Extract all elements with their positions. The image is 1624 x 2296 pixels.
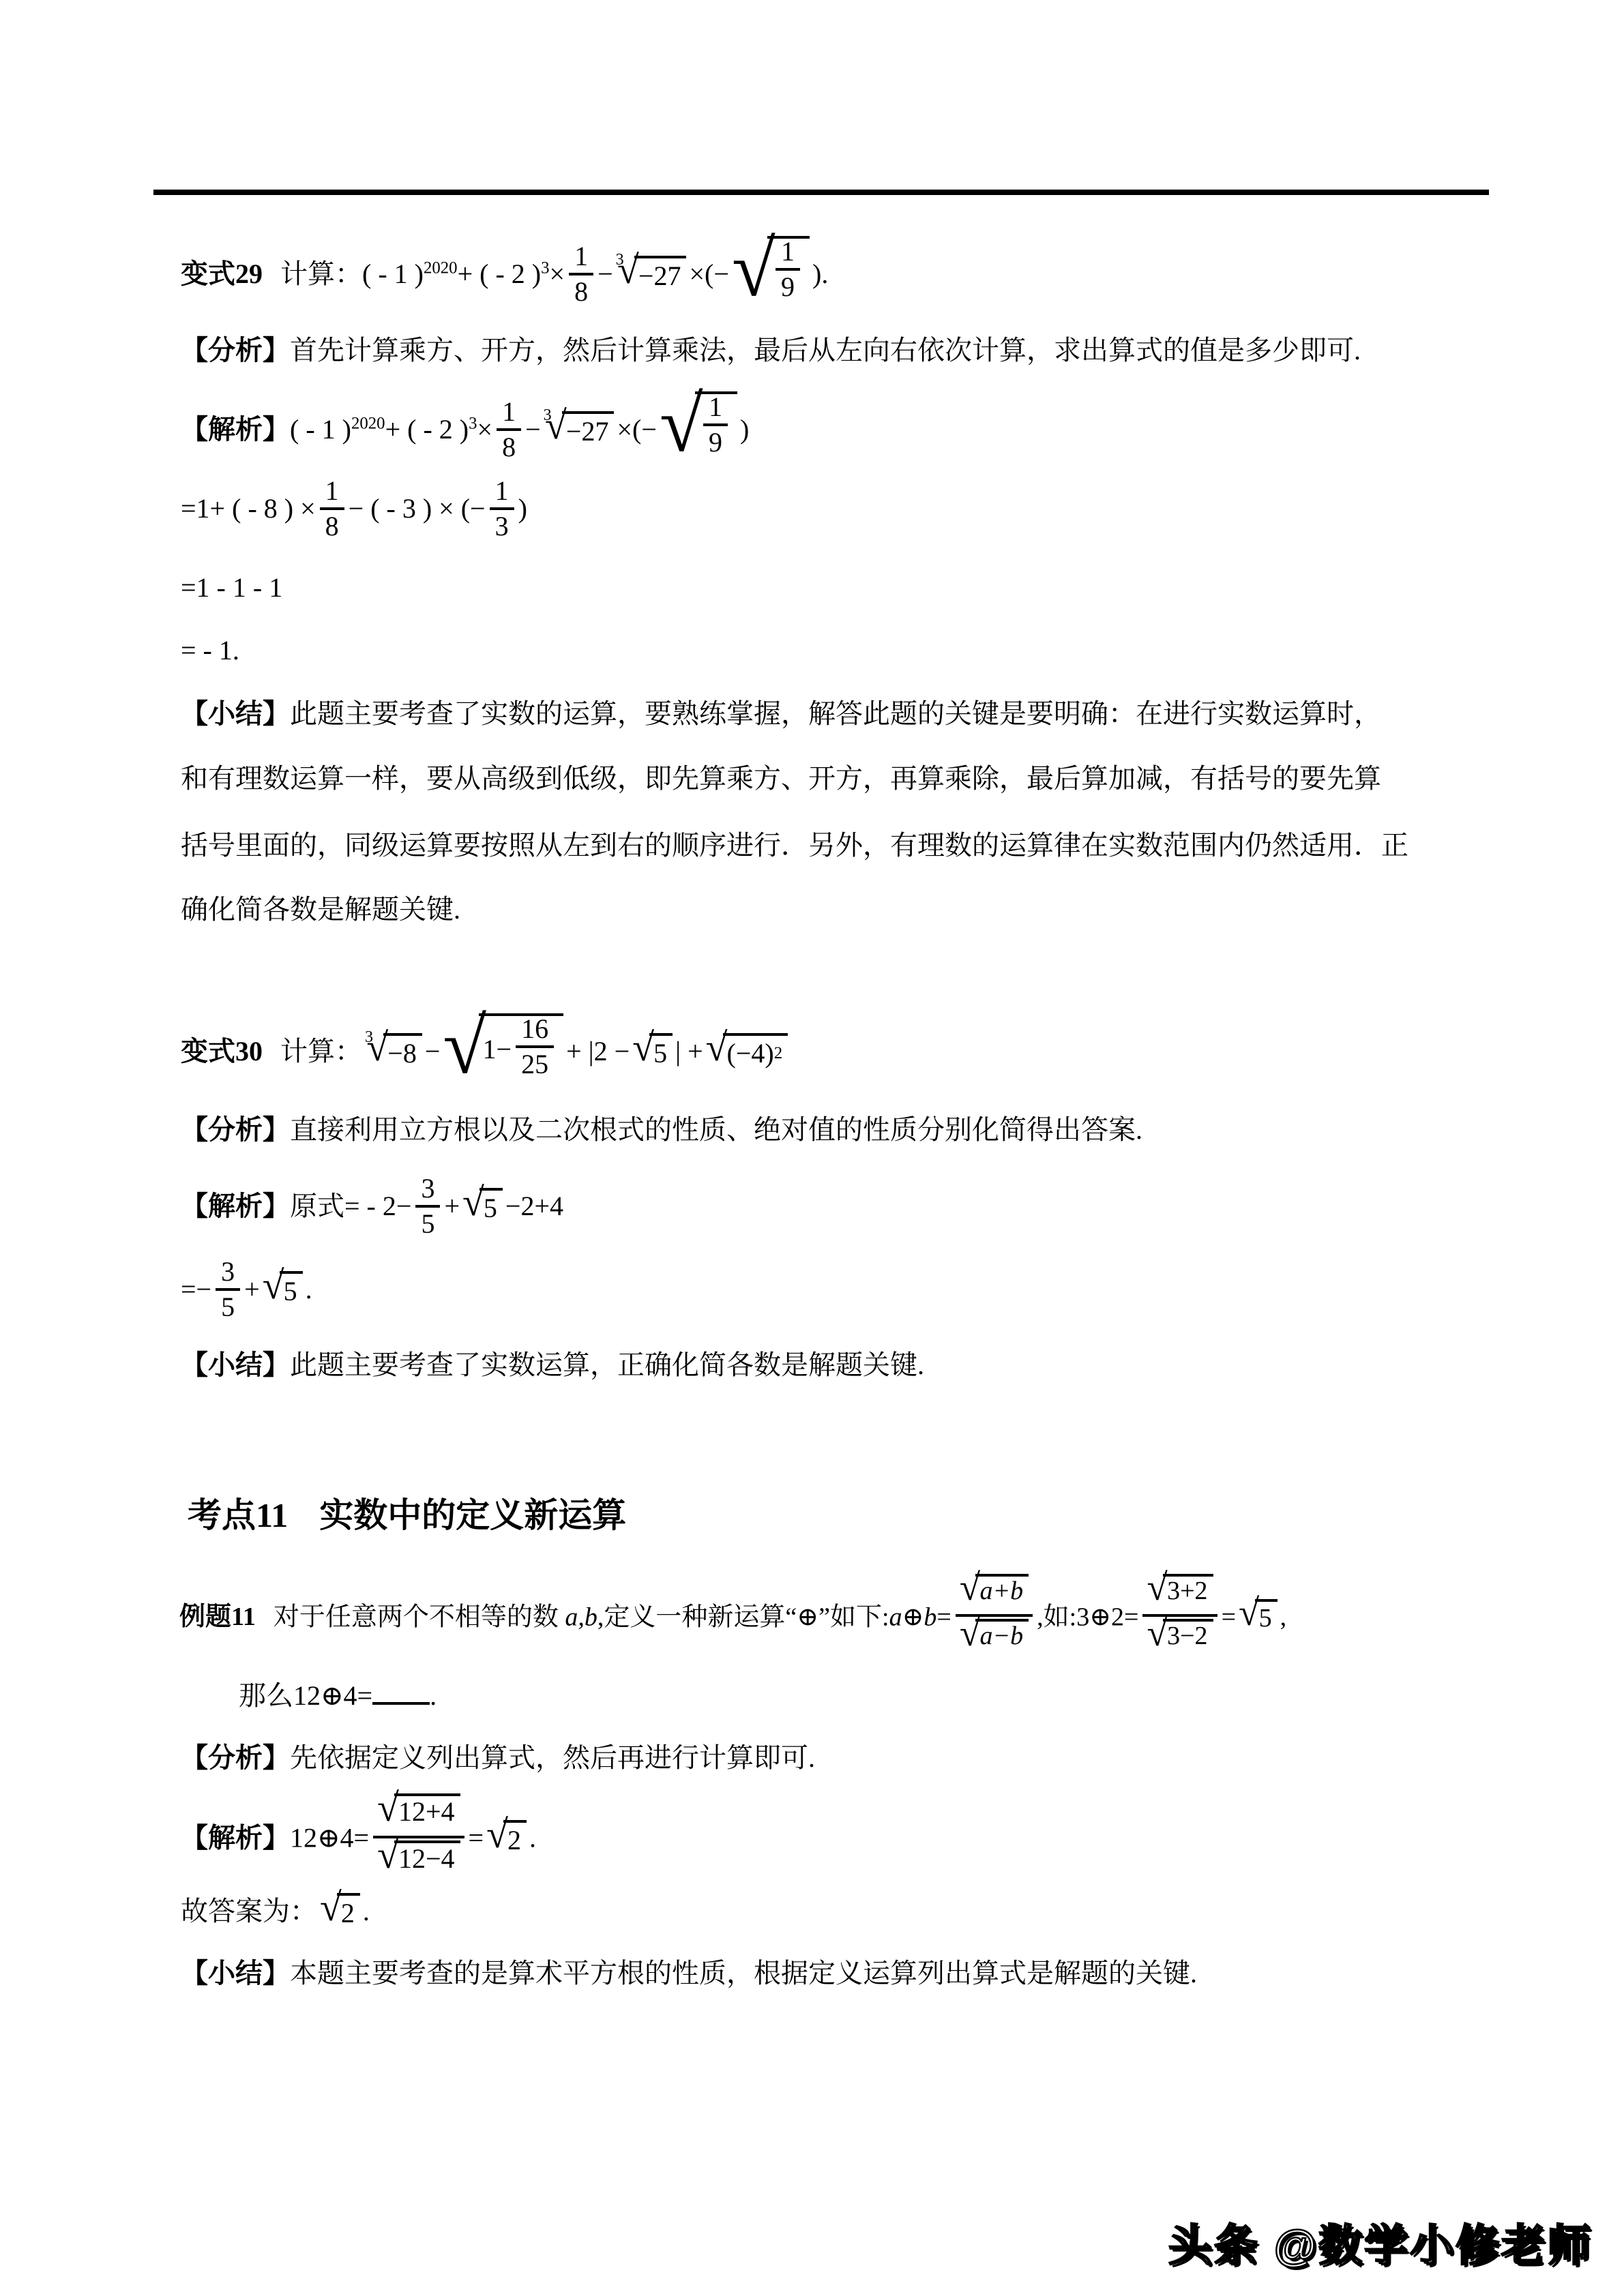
topic11-title: 实数中的定义新运算 (319, 1496, 626, 1534)
term: − ( - 3 ) × (− (349, 493, 486, 524)
exponent: 3 (541, 258, 549, 277)
denominator: 9 (709, 426, 722, 457)
square-root: √5 (632, 1033, 673, 1073)
period: . (306, 1274, 312, 1304)
fraction: 1625 (516, 1015, 554, 1079)
denominator: 9 (781, 271, 795, 301)
summary-tag: 【小结】 (181, 1350, 290, 1380)
radicand: a−b (975, 1619, 1029, 1650)
radical-icon: √ (706, 1028, 728, 1067)
square-root: √19 (660, 391, 737, 471)
variant29-label: 变式29 (181, 258, 263, 289)
fraction: 35 (216, 1257, 240, 1322)
radical-icon: √ (320, 1888, 342, 1927)
example11-label: 例题11 (179, 1602, 256, 1631)
numerator: 1 (703, 393, 728, 426)
radicand: a+b (975, 1574, 1029, 1605)
variant29-summary-line4: 确化简各数是解题关键. (153, 861, 460, 959)
numerator: √a+b (956, 1574, 1033, 1617)
solution-tag: 【解析】 (181, 414, 290, 445)
radicand: 12+4 (394, 1793, 460, 1826)
root-index: 3 (544, 406, 552, 426)
summary-text: 本题主要考查的是算术平方根的性质，根据定义运算列出算式是解题的关键. (290, 1958, 1197, 1988)
square-root: √2 (486, 1820, 527, 1860)
example11-summary-line: 【小结】本题主要考查的是算术平方根的性质，根据定义运算列出算式是解题的关键. (153, 1924, 1197, 2023)
radical-icon: √ (443, 1007, 486, 1086)
close-paren: ). (812, 258, 828, 289)
denominator: 25 (521, 1048, 548, 1079)
problem-text: ,定义一种新运算“⊕”如下: (597, 1602, 889, 1631)
variable-a: a (889, 1602, 902, 1631)
root-index: 3 (616, 250, 624, 270)
term: ( - 1 ) (362, 258, 424, 289)
term: 12⊕4= (290, 1823, 369, 1853)
square-root: √12−4 (377, 1840, 460, 1880)
equation-text: = - 1. (181, 635, 239, 666)
fraction: √3+2√3−2 (1142, 1574, 1217, 1656)
square-root: √5 (462, 1188, 503, 1227)
times-sign: × (689, 258, 705, 289)
close-paren: ) (740, 414, 749, 445)
comma: , (1280, 1602, 1287, 1631)
numerator: 3 (415, 1174, 440, 1208)
radical-icon: √ (1147, 1614, 1167, 1652)
equals-sign: = (936, 1602, 951, 1631)
variant30-summary-line: 【小结】此题主要考查了实数运算，正确化简各数是解题关键. (153, 1316, 924, 1414)
numerator: 1 (490, 477, 514, 510)
calc-prefix: 计算： (280, 1036, 362, 1067)
denominator: √3−2 (1147, 1617, 1213, 1656)
question-text: 那么12⊕4= (239, 1680, 372, 1711)
term: 原式= - 2− (290, 1191, 411, 1221)
equation-text: =1 - 1 - 1 (181, 572, 282, 603)
fraction: √a+b√a−b (956, 1574, 1033, 1656)
fraction: 18 (320, 477, 344, 541)
minus-sign: − (525, 414, 541, 445)
denominator: 5 (421, 1208, 434, 1238)
fraction: 35 (415, 1174, 440, 1238)
square-root: √(−4)2 (706, 1033, 788, 1073)
topic11-label: 考点11 (188, 1496, 288, 1534)
root-index: 3 (365, 1028, 373, 1047)
plus-sign: + (244, 1274, 260, 1304)
summary-text: 确化简各数是解题关键. (181, 894, 460, 925)
radical-icon: √ (377, 1788, 399, 1828)
calc-prefix: 计算： (280, 258, 362, 289)
fraction: 18 (569, 242, 593, 306)
radical-icon: √ (1239, 1594, 1259, 1631)
summary-tag: 【小结】 (181, 1958, 290, 1988)
times-sign: × (550, 258, 565, 289)
radical-icon: √ (732, 230, 776, 309)
radical-icon: √ (960, 1614, 980, 1652)
denominator: 3 (495, 510, 509, 541)
term: + ( - 2 ) (458, 258, 542, 289)
square-root: √3−2 (1147, 1619, 1213, 1656)
plus-sign: + (444, 1191, 460, 1221)
term: 1− (483, 1033, 512, 1066)
answer-blank (372, 1678, 430, 1705)
exponent: 2020 (424, 258, 458, 277)
term: + |2 − (566, 1036, 630, 1067)
radicand: 3−2 (1163, 1619, 1213, 1650)
numerator: 1 (320, 477, 344, 510)
fraction: 19 (776, 237, 800, 301)
close-paren: ) (518, 493, 527, 524)
exponent: 2 (774, 1043, 782, 1064)
document-page: 变式29计算：( - 1 )2020+ ( - 2 )3×18−3√−27×(−… (0, 0, 1624, 2296)
square-root: √3+2 (1147, 1574, 1213, 1611)
radicand: −8 (383, 1033, 422, 1070)
times-sign: × (617, 414, 632, 445)
square-root: √5 (1239, 1599, 1278, 1637)
term: + ( - 2 ) (385, 414, 469, 445)
radical-icon: √ (486, 1815, 508, 1854)
solution-tag: 【解析】 (181, 1191, 290, 1221)
radicand: 1−1625 (479, 1013, 564, 1082)
radical-icon: √ (632, 1028, 654, 1067)
top-divider-rule (153, 190, 1489, 195)
cube-root: 3√−27 (616, 256, 687, 295)
square-root: √a−b (960, 1619, 1029, 1656)
exponent: 3 (469, 414, 477, 432)
fraction: 19 (703, 393, 728, 457)
times-sign: × (477, 414, 493, 445)
oplus-symbol: ⊕ (902, 1602, 924, 1631)
solution-tag: 【解析】 (181, 1823, 290, 1853)
period: . (430, 1680, 437, 1711)
watermark: 头条 @数学小修老师 (1168, 2211, 1593, 2273)
variant30-label: 变式30 (181, 1036, 263, 1067)
radical-icon: √ (960, 1568, 980, 1606)
radical-icon: √ (462, 1182, 484, 1222)
numerator: 16 (516, 1015, 554, 1048)
numerator: 1 (497, 398, 521, 431)
problem-text: 对于任意两个不相等的数 (274, 1602, 565, 1631)
exponent: 2020 (351, 414, 385, 432)
summary-text: 括号里面的，同级运算要按照从左到右的顺序进行．另外，有理数的运算律在实数范围内仍… (181, 830, 1408, 861)
radicand: (−4)2 (723, 1033, 788, 1070)
minus-sign: − (597, 258, 613, 289)
equals-sign: = (1222, 1602, 1236, 1631)
cube-root: 3√−8 (365, 1033, 422, 1073)
numerator: √3+2 (1142, 1574, 1217, 1617)
term: | + (675, 1036, 703, 1067)
square-root: √a+b (960, 1574, 1029, 1611)
term: ( - 1 ) (290, 414, 351, 445)
radical-icon: √ (263, 1266, 284, 1305)
fraction: 13 (490, 477, 514, 541)
open-paren: (− (705, 258, 729, 289)
summary-tag: 【小结】 (181, 698, 290, 729)
radical-icon: √ (660, 385, 703, 464)
term: −2+4 (505, 1191, 563, 1221)
analysis-text: 直接利用立方根以及二次根式的性质、绝对值的性质分别化简得出答案. (290, 1114, 1142, 1145)
problem-text: ,如:3⊕2= (1037, 1602, 1138, 1631)
radicand: 12−4 (394, 1840, 460, 1873)
term: =− (181, 1274, 211, 1304)
cube-root: 3√−27 (544, 411, 615, 451)
numerator: 1 (776, 237, 800, 271)
square-root: √5 (263, 1271, 303, 1311)
denominator: √a−b (960, 1617, 1029, 1656)
numerator: 1 (569, 242, 593, 275)
radicand: −27 (634, 256, 687, 293)
minus-sign: − (425, 1036, 441, 1067)
period: . (529, 1823, 536, 1853)
variables-ab: a,b (565, 1602, 597, 1631)
term: =1+ ( - 8 ) × (181, 493, 316, 524)
variable-b: b (924, 1602, 936, 1631)
radical-icon: √ (1147, 1568, 1167, 1606)
term: (−4) (727, 1037, 774, 1070)
numerator: √12+4 (373, 1793, 464, 1838)
denominator: 8 (325, 510, 339, 541)
fraction: √12+4√12−4 (373, 1793, 464, 1880)
denominator: √12−4 (377, 1838, 460, 1880)
open-paren: (− (632, 414, 657, 445)
equals-sign: = (469, 1823, 484, 1853)
summary-text: 此题主要考查了实数运算，正确化简各数是解题关键. (290, 1350, 924, 1380)
summary-text: 和有理数运算一样，要从高级到低级，即先算乘方、开方，再算乘除，最后算加减，有括号… (181, 763, 1381, 794)
summary-text: 此题主要考查了实数的运算，要熟练掌握，解答此题的关键是要明确：在进行实数运算时， (290, 698, 1381, 729)
square-root: √12+4 (377, 1793, 460, 1833)
numerator: 3 (216, 1257, 240, 1291)
radical-icon: √ (377, 1835, 399, 1875)
radicand: −27 (562, 411, 615, 448)
period: . (363, 1896, 370, 1926)
analysis-tag: 【分析】 (181, 1114, 290, 1145)
radicand: 3+2 (1163, 1574, 1213, 1605)
answer-text: 故答案为： (181, 1896, 317, 1926)
